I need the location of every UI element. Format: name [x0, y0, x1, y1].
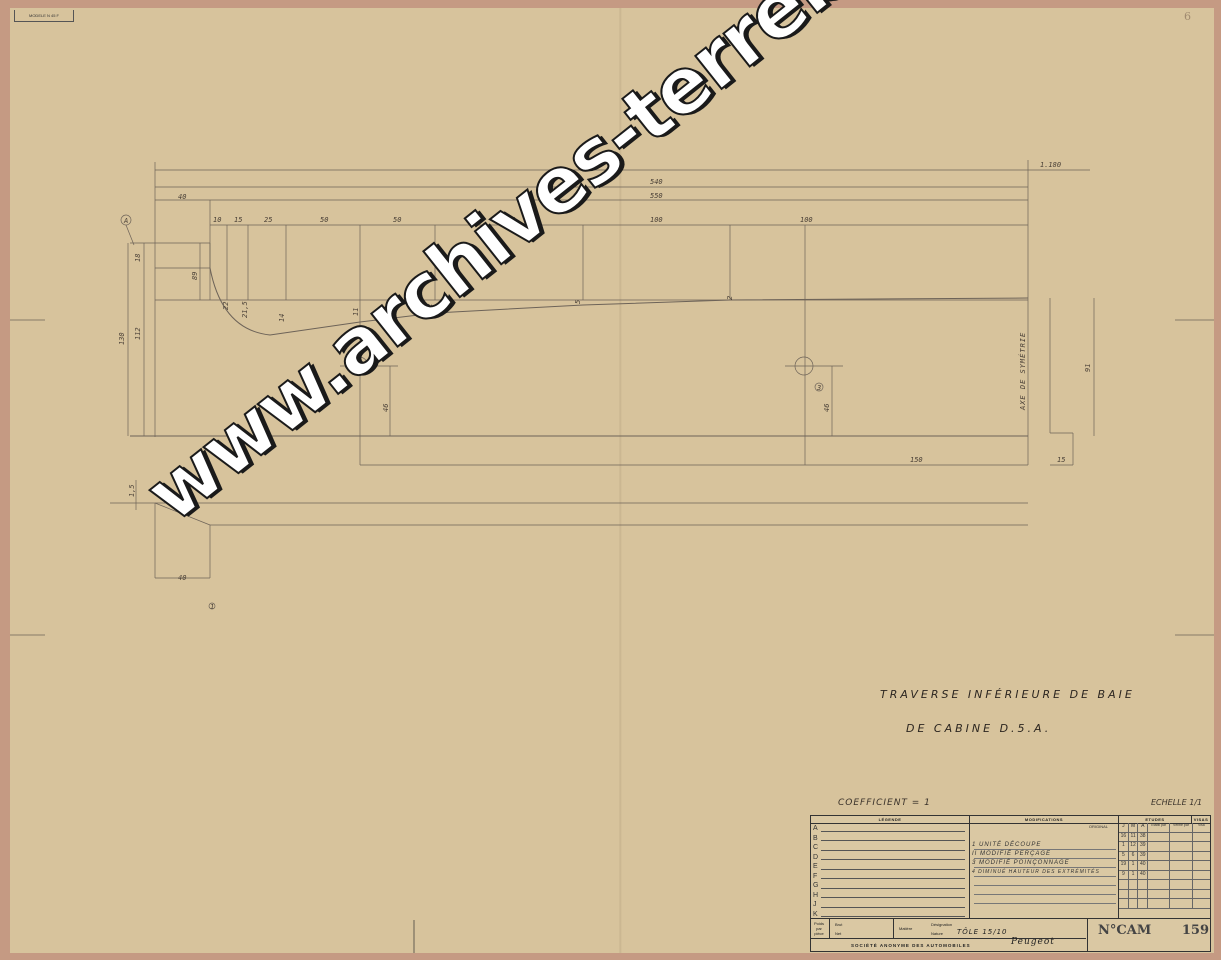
svg-text:1: 1: [210, 603, 214, 611]
legend-header: LÉGENDE: [811, 816, 969, 824]
svg-text:1,5: 1,5: [128, 484, 136, 497]
svg-text:15: 15: [234, 216, 242, 224]
svg-text:22: 22: [222, 302, 230, 310]
svg-text:10: 10: [213, 216, 221, 224]
legend-row: D: [811, 853, 969, 863]
svg-text:100: 100: [800, 216, 813, 224]
drawing-number-label: N°CAM: [1098, 923, 1151, 938]
modification-row: [970, 896, 1118, 905]
svg-text:100: 100: [650, 216, 663, 224]
svg-text:15: 15: [1057, 456, 1065, 464]
svg-text:89: 89: [191, 272, 199, 280]
legend-row: H: [811, 891, 969, 901]
svg-text:18: 18: [134, 254, 142, 262]
svg-text:50: 50: [320, 216, 328, 224]
legend-row: C: [811, 843, 969, 853]
drawing-number-value: 159: [1182, 923, 1209, 938]
svg-text:150: 150: [910, 456, 923, 464]
legend-column: LÉGENDE A B C D E F G H J K: [811, 816, 970, 918]
svg-text:25: 25: [264, 216, 272, 224]
svg-text:14: 14: [278, 314, 286, 322]
designation-label: Désignation: [931, 922, 952, 927]
coefficient-label: COEFFICIENT = 1: [838, 798, 931, 808]
drawing-number-block: N°CAM 159: [1087, 919, 1211, 952]
net-weight-label: Net: [835, 931, 841, 936]
etudes-row: 161138: [1119, 833, 1210, 843]
modification-row: [970, 887, 1118, 896]
svg-text:91: 91: [1084, 364, 1092, 372]
weight-label: Poids par pièce: [813, 921, 825, 936]
scale-label: ECHELLE 1/1: [1151, 798, 1202, 807]
etudes-row: [1119, 899, 1210, 909]
svg-text:112: 112: [134, 327, 142, 340]
dim-550: 550: [650, 192, 663, 200]
svg-text:40: 40: [178, 574, 186, 582]
etudes-grid: J M A Établi par Vérifié par Visa 161138…: [1119, 823, 1210, 918]
svg-text:A: A: [123, 217, 128, 225]
etudes-column: ETUDES VISAS J M A Établi par Vérifié pa…: [1119, 816, 1210, 918]
visas-header: VISAS: [1192, 816, 1210, 823]
modifications-header: MODIFICATIONS: [970, 816, 1118, 824]
etudes-header: ETUDES: [1119, 816, 1192, 823]
legend-row: F: [811, 872, 969, 882]
modification-row: 4 DIMINUÉ HAUTEUR DES EXTRÉMITÉS: [970, 869, 1118, 878]
svg-text:50: 50: [393, 216, 401, 224]
dim-40: 40: [178, 193, 186, 201]
etudes-row: 11239: [1119, 842, 1210, 852]
etudes-row: [1119, 880, 1210, 890]
gross-weight-label: Brut: [835, 922, 842, 927]
drawing-title-line1: TRAVERSE INFÉRIEURE DE BAIE: [880, 688, 1135, 701]
modifications-column: MODIFICATIONS ORIGINAL 1 UNITÉ DÉCOUPE I…: [970, 816, 1119, 918]
drawing-title-line2: DE CABINE D.5.A.: [906, 722, 1051, 735]
company-name: SOCIÉTÉ ANONYME DES AUTOMOBILES: [851, 943, 971, 948]
legend-row: E: [811, 862, 969, 872]
dim-overall: 1.180: [1040, 161, 1061, 169]
modification-row: 3 MODIFIÉ POINÇONNAGE: [970, 860, 1118, 869]
brand-name: Peugeot: [1011, 937, 1055, 947]
etudes-row: [1119, 890, 1210, 900]
legend-row: J: [811, 900, 969, 910]
etudes-header-row: J M A Établi par Vérifié par Visa: [1119, 823, 1210, 833]
svg-text:21,5: 21,5: [241, 301, 249, 318]
original-label: ORIGINAL: [1089, 824, 1108, 829]
legend-row: G: [811, 881, 969, 891]
svg-text:5: 5: [574, 300, 582, 304]
dim-540: 540: [650, 178, 663, 186]
modification-row: 1 UNITÉ DÉCOUPE: [970, 842, 1118, 851]
material-label: Matière: [899, 926, 912, 931]
svg-text:3: 3: [816, 384, 821, 392]
legend-row: B: [811, 834, 969, 844]
svg-text:AXE DE SYMÉTRIE: AXE DE SYMÉTRIE: [1018, 332, 1027, 411]
modification-row: [970, 878, 1118, 887]
nature-label: Nature: [931, 931, 943, 936]
modification-row: II MODIFIÉ PERÇAGE: [970, 851, 1118, 860]
svg-text:46: 46: [823, 404, 831, 412]
etudes-row: 9140: [1119, 871, 1210, 881]
svg-text:2: 2: [726, 296, 734, 300]
etudes-row: 5639: [1119, 852, 1210, 862]
weight-material-block: Poids par pièce Brut Net Matière Désigna…: [811, 919, 1086, 939]
legend-row: A: [811, 824, 969, 834]
svg-text:46: 46: [382, 404, 390, 412]
nature-value: TÔLE 15/10: [957, 928, 1008, 936]
cartouche-footer: Poids par pièce Brut Net Matière Désigna…: [811, 918, 1210, 952]
svg-text:130: 130: [118, 332, 126, 345]
title-block-cartouche: LÉGENDE A B C D E F G H J K MODIFICATION…: [810, 815, 1211, 952]
etudes-row: 19140: [1119, 861, 1210, 871]
